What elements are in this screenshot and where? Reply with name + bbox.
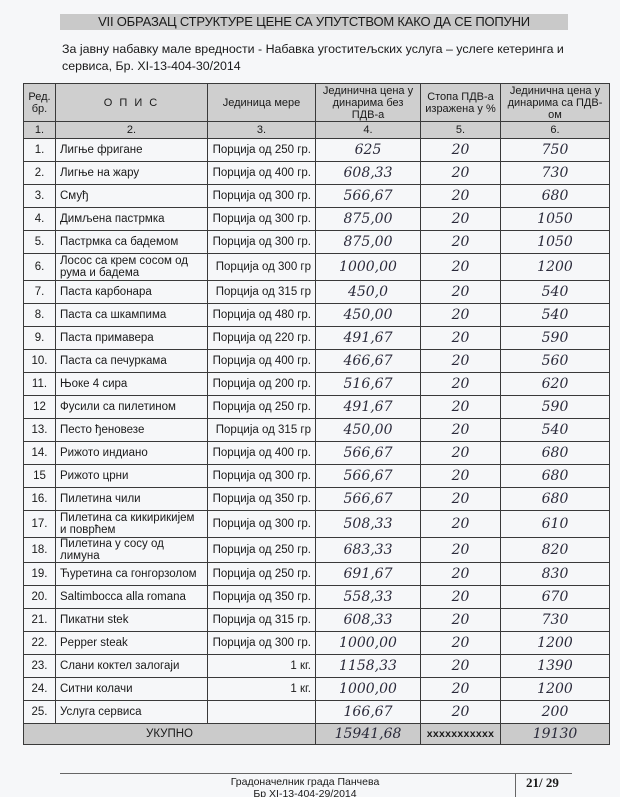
row-vat: 20 <box>421 442 501 465</box>
table-row: 7.Паста карбонараПорција од 315 гр450,02… <box>24 281 610 304</box>
row-number: 5. <box>24 231 56 254</box>
row-number: 7. <box>24 281 56 304</box>
table-row: 22.Pepper steakПорција од 300 гр.1000,00… <box>24 632 610 655</box>
table-row: 10.Паста са печуркамаПорција од 400 гр.4… <box>24 350 610 373</box>
row-number: 19. <box>24 563 56 586</box>
row-unit: Порција од 250 гр. <box>208 396 316 419</box>
table-row: 24.Ситни колачи1 кг.1000,00201200 <box>24 678 610 701</box>
row-number: 20. <box>24 586 56 609</box>
row-number: 13. <box>24 419 56 442</box>
row-total: 730 <box>501 609 610 632</box>
table-row: 17.Пилетина са кикирикијем и поврћемПорц… <box>24 511 610 538</box>
row-number: 15 <box>24 465 56 488</box>
row-unit: Порција од 300 гр. <box>208 511 316 538</box>
row-description: Паста са шкампима <box>56 304 208 327</box>
row-price: 450,0 <box>316 281 421 304</box>
row-description: Пилетина са кикирикијем и поврћем <box>56 511 208 538</box>
row-vat: 20 <box>421 586 501 609</box>
row-price: 491,67 <box>316 327 421 350</box>
row-unit: Порција од 400 гр. <box>208 350 316 373</box>
row-total: 680 <box>501 465 610 488</box>
table-row: 21.Пикатни stekПорција од 315 гр.608,332… <box>24 609 610 632</box>
row-price: 875,00 <box>316 231 421 254</box>
table-row: 15Рижото црниПорција од 300 гр.566,67206… <box>24 465 610 488</box>
row-total: 620 <box>501 373 610 396</box>
document-subtitle: За јавну набавку мале вредности - Набавк… <box>62 41 582 75</box>
table-row: 20.Saltimbocca alla romanaПорција од 350… <box>24 586 610 609</box>
row-total: 590 <box>501 396 610 419</box>
header-row: Ред. бр. О П И С Јединица мере Јединична… <box>24 84 610 122</box>
row-unit: Порција од 350 гр. <box>208 586 316 609</box>
table-row: 11.Њоке 4 сираПорција од 200 гр.516,6720… <box>24 373 610 396</box>
row-unit: Порција од 250 гр. <box>208 563 316 586</box>
row-vat: 20 <box>421 281 501 304</box>
row-unit: Порција од 300 гр. <box>208 632 316 655</box>
row-vat: 20 <box>421 563 501 586</box>
row-number: 14. <box>24 442 56 465</box>
total-vat: xxxxxxxxxxx <box>421 724 501 745</box>
row-vat: 20 <box>421 419 501 442</box>
row-total: 680 <box>501 442 610 465</box>
table-row: 3.СмуђПорција од 300 гр.566,6720680 <box>24 185 610 208</box>
table-row: 1.Лигње фриганеПорција од 250 гр.6252075… <box>24 139 610 162</box>
row-price: 508,33 <box>316 511 421 538</box>
row-vat: 20 <box>421 488 501 511</box>
row-unit: 1 кг. <box>208 678 316 701</box>
row-number: 17. <box>24 511 56 538</box>
row-unit: Порција од 250 гр. <box>208 538 316 563</box>
row-number: 9. <box>24 327 56 350</box>
row-number: 8. <box>24 304 56 327</box>
row-number: 25. <box>24 701 56 724</box>
row-number: 10. <box>24 350 56 373</box>
footer-line2: Бр XI-13-404-29/2014 <box>190 788 420 797</box>
row-price: 1000,00 <box>316 632 421 655</box>
col-num: 6. <box>501 122 610 139</box>
row-unit: Порција од 300 гр. <box>208 231 316 254</box>
table-row: 16.Пилетина чилиПорција од 350 гр.566,67… <box>24 488 610 511</box>
row-number: 16. <box>24 488 56 511</box>
row-unit: Порција од 400 гр. <box>208 162 316 185</box>
row-number: 6. <box>24 254 56 281</box>
header-no: Ред. бр. <box>24 84 56 122</box>
row-vat: 20 <box>421 208 501 231</box>
header-total: Јединична цена у динарима са ПДВ-ом <box>501 84 610 122</box>
row-vat: 20 <box>421 701 501 724</box>
row-total: 540 <box>501 419 610 442</box>
footer-divider <box>60 773 572 774</box>
row-description: Лигње фригане <box>56 139 208 162</box>
row-unit <box>208 701 316 724</box>
row-description: Њоке 4 сира <box>56 373 208 396</box>
row-vat: 20 <box>421 162 501 185</box>
row-description: Ћуретина са гонгорзолом <box>56 563 208 586</box>
row-unit: Порција од 315 гр <box>208 281 316 304</box>
row-unit: Порција од 300 гр. <box>208 185 316 208</box>
row-total: 1050 <box>501 208 610 231</box>
row-unit: Порција од 315 гр. <box>208 609 316 632</box>
row-total: 560 <box>501 350 610 373</box>
footer-text: Градоначелник града Панчева Бр XI-13-404… <box>190 776 420 797</box>
row-number: 2. <box>24 162 56 185</box>
row-description: Рижото индиано <box>56 442 208 465</box>
total-price: 15941,68 <box>316 724 421 745</box>
row-number: 21. <box>24 609 56 632</box>
row-total: 830 <box>501 563 610 586</box>
row-price: 875,00 <box>316 208 421 231</box>
row-vat: 20 <box>421 327 501 350</box>
row-price: 1158,33 <box>316 655 421 678</box>
table-row: 13.Песто ђеновезеПорција од 315 гр450,00… <box>24 419 610 442</box>
price-structure-table: Ред. бр. О П И С Јединица мере Јединична… <box>23 83 610 745</box>
row-number: 11. <box>24 373 56 396</box>
total-label: УКУПНО <box>24 724 316 745</box>
row-total: 1390 <box>501 655 610 678</box>
row-number: 4. <box>24 208 56 231</box>
column-number-row: 1. 2. 3. 4. 5. 6. <box>24 122 610 139</box>
row-total: 1200 <box>501 254 610 281</box>
row-total: 680 <box>501 488 610 511</box>
row-vat: 20 <box>421 254 501 281</box>
row-total: 1050 <box>501 231 610 254</box>
col-num: 2. <box>56 122 208 139</box>
row-price: 566,67 <box>316 465 421 488</box>
row-description: Pepper steak <box>56 632 208 655</box>
row-description: Услуга сервиса <box>56 701 208 724</box>
row-unit: 1 кг. <box>208 655 316 678</box>
row-vat: 20 <box>421 511 501 538</box>
row-price: 1000,00 <box>316 254 421 281</box>
header-unit: Јединица мере <box>208 84 316 122</box>
row-price: 558,33 <box>316 586 421 609</box>
row-description: Рижото црни <box>56 465 208 488</box>
row-description: Паста примавера <box>56 327 208 350</box>
table-row: 5.Пастрмка са бадемомПорција од 300 гр.8… <box>24 231 610 254</box>
row-description: Димљена пастрмка <box>56 208 208 231</box>
row-price: 566,67 <box>316 185 421 208</box>
row-vat: 20 <box>421 678 501 701</box>
row-total: 540 <box>501 281 610 304</box>
row-vat: 20 <box>421 396 501 419</box>
table-row: 25.Услуга сервиса166,6720200 <box>24 701 610 724</box>
row-unit: Порција од 400 гр. <box>208 442 316 465</box>
row-price: 466,67 <box>316 350 421 373</box>
row-unit: Порција од 250 гр. <box>208 139 316 162</box>
table-row: 2.Лигње на жаруПорција од 400 гр.608,332… <box>24 162 610 185</box>
table-row: 19.Ћуретина са гонгорзоломПорција од 250… <box>24 563 610 586</box>
total-with-vat: 19130 <box>501 724 610 745</box>
row-description: Песто ђеновезе <box>56 419 208 442</box>
row-price: 1000,00 <box>316 678 421 701</box>
row-vat: 20 <box>421 304 501 327</box>
table-row: 14.Рижото индианоПорција од 400 гр.566,6… <box>24 442 610 465</box>
col-num: 4. <box>316 122 421 139</box>
table-row: 6.Лосос са крем сосом од рума и бадемаПо… <box>24 254 610 281</box>
table-row: 23.Слани коктел залогаји1 кг.1158,332013… <box>24 655 610 678</box>
row-unit: Порција од 350 гр. <box>208 488 316 511</box>
row-description: Паста са печуркама <box>56 350 208 373</box>
table-row: 18.Пилетина у сосу од лимунаПорција од 2… <box>24 538 610 563</box>
row-total: 610 <box>501 511 610 538</box>
row-total: 820 <box>501 538 610 563</box>
row-total: 750 <box>501 139 610 162</box>
row-total: 540 <box>501 304 610 327</box>
row-price: 566,67 <box>316 442 421 465</box>
row-number: 23. <box>24 655 56 678</box>
row-unit: Порција од 300 гр. <box>208 465 316 488</box>
row-unit: Порција од 200 гр. <box>208 373 316 396</box>
table-row: 12Фусили са пилетиномПорција од 250 гр.4… <box>24 396 610 419</box>
row-total: 590 <box>501 327 610 350</box>
row-vat: 20 <box>421 231 501 254</box>
row-total: 1200 <box>501 632 610 655</box>
header-desc: О П И С <box>56 84 208 122</box>
col-num: 1. <box>24 122 56 139</box>
row-number: 18. <box>24 538 56 563</box>
row-total: 670 <box>501 586 610 609</box>
row-number: 24. <box>24 678 56 701</box>
row-price: 683,33 <box>316 538 421 563</box>
row-total: 730 <box>501 162 610 185</box>
footer-line1: Градоначелник града Панчева <box>190 776 420 788</box>
row-price: 608,33 <box>316 162 421 185</box>
document-title: VII ОБРАЗАЦ СТРУКТУРЕ ЦЕНЕ СА УПУТСТВОМ … <box>60 14 568 30</box>
row-total: 200 <box>501 701 610 724</box>
row-number: 3. <box>24 185 56 208</box>
row-unit: Порција од 315 гр <box>208 419 316 442</box>
row-unit: Порција од 220 гр. <box>208 327 316 350</box>
row-price: 450,00 <box>316 419 421 442</box>
row-number: 1. <box>24 139 56 162</box>
row-description: Паста карбонара <box>56 281 208 304</box>
row-description: Пастрмка са бадемом <box>56 231 208 254</box>
row-number: 12 <box>24 396 56 419</box>
row-price: 691,67 <box>316 563 421 586</box>
row-price: 491,67 <box>316 396 421 419</box>
row-vat: 20 <box>421 139 501 162</box>
total-row: УКУПНО 15941,68 xxxxxxxxxxx 19130 <box>24 724 610 745</box>
row-description: Пикатни stek <box>56 609 208 632</box>
row-total: 1200 <box>501 678 610 701</box>
row-description: Пилетина у сосу од лимуна <box>56 538 208 563</box>
row-unit: Порција од 480 гр. <box>208 304 316 327</box>
row-number: 22. <box>24 632 56 655</box>
row-price: 516,67 <box>316 373 421 396</box>
col-num: 3. <box>208 122 316 139</box>
row-unit: Порција од 300 гр <box>208 254 316 281</box>
row-total: 680 <box>501 185 610 208</box>
row-vat: 20 <box>421 655 501 678</box>
row-description: Лигње на жару <box>56 162 208 185</box>
header-price: Јединична цена у динарима без ПДВ-а <box>316 84 421 122</box>
table-row: 9.Паста примавераПорција од 220 гр.491,6… <box>24 327 610 350</box>
row-description: Ситни колачи <box>56 678 208 701</box>
row-description: Пилетина чили <box>56 488 208 511</box>
row-description: Слани коктел залогаји <box>56 655 208 678</box>
row-vat: 20 <box>421 350 501 373</box>
row-description: Смуђ <box>56 185 208 208</box>
footer-separator <box>515 774 516 797</box>
row-price: 625 <box>316 139 421 162</box>
row-vat: 20 <box>421 609 501 632</box>
row-unit: Порција од 300 гр. <box>208 208 316 231</box>
row-description: Лосос са крем сосом од рума и бадема <box>56 254 208 281</box>
table-row: 4.Димљена пастрмкаПорција од 300 гр.875,… <box>24 208 610 231</box>
page-number: 21/ 29 <box>526 775 559 791</box>
table-row: 8.Паста са шкампимаПорција од 480 гр.450… <box>24 304 610 327</box>
row-vat: 20 <box>421 632 501 655</box>
row-vat: 20 <box>421 538 501 563</box>
header-vat: Стопа ПДВ-а изражена у % <box>421 84 501 122</box>
row-price: 450,00 <box>316 304 421 327</box>
row-vat: 20 <box>421 185 501 208</box>
row-vat: 20 <box>421 373 501 396</box>
row-price: 608,33 <box>316 609 421 632</box>
col-num: 5. <box>421 122 501 139</box>
row-description: Saltimbocca alla romana <box>56 586 208 609</box>
row-price: 166,67 <box>316 701 421 724</box>
row-vat: 20 <box>421 465 501 488</box>
row-price: 566,67 <box>316 488 421 511</box>
row-description: Фусили са пилетином <box>56 396 208 419</box>
